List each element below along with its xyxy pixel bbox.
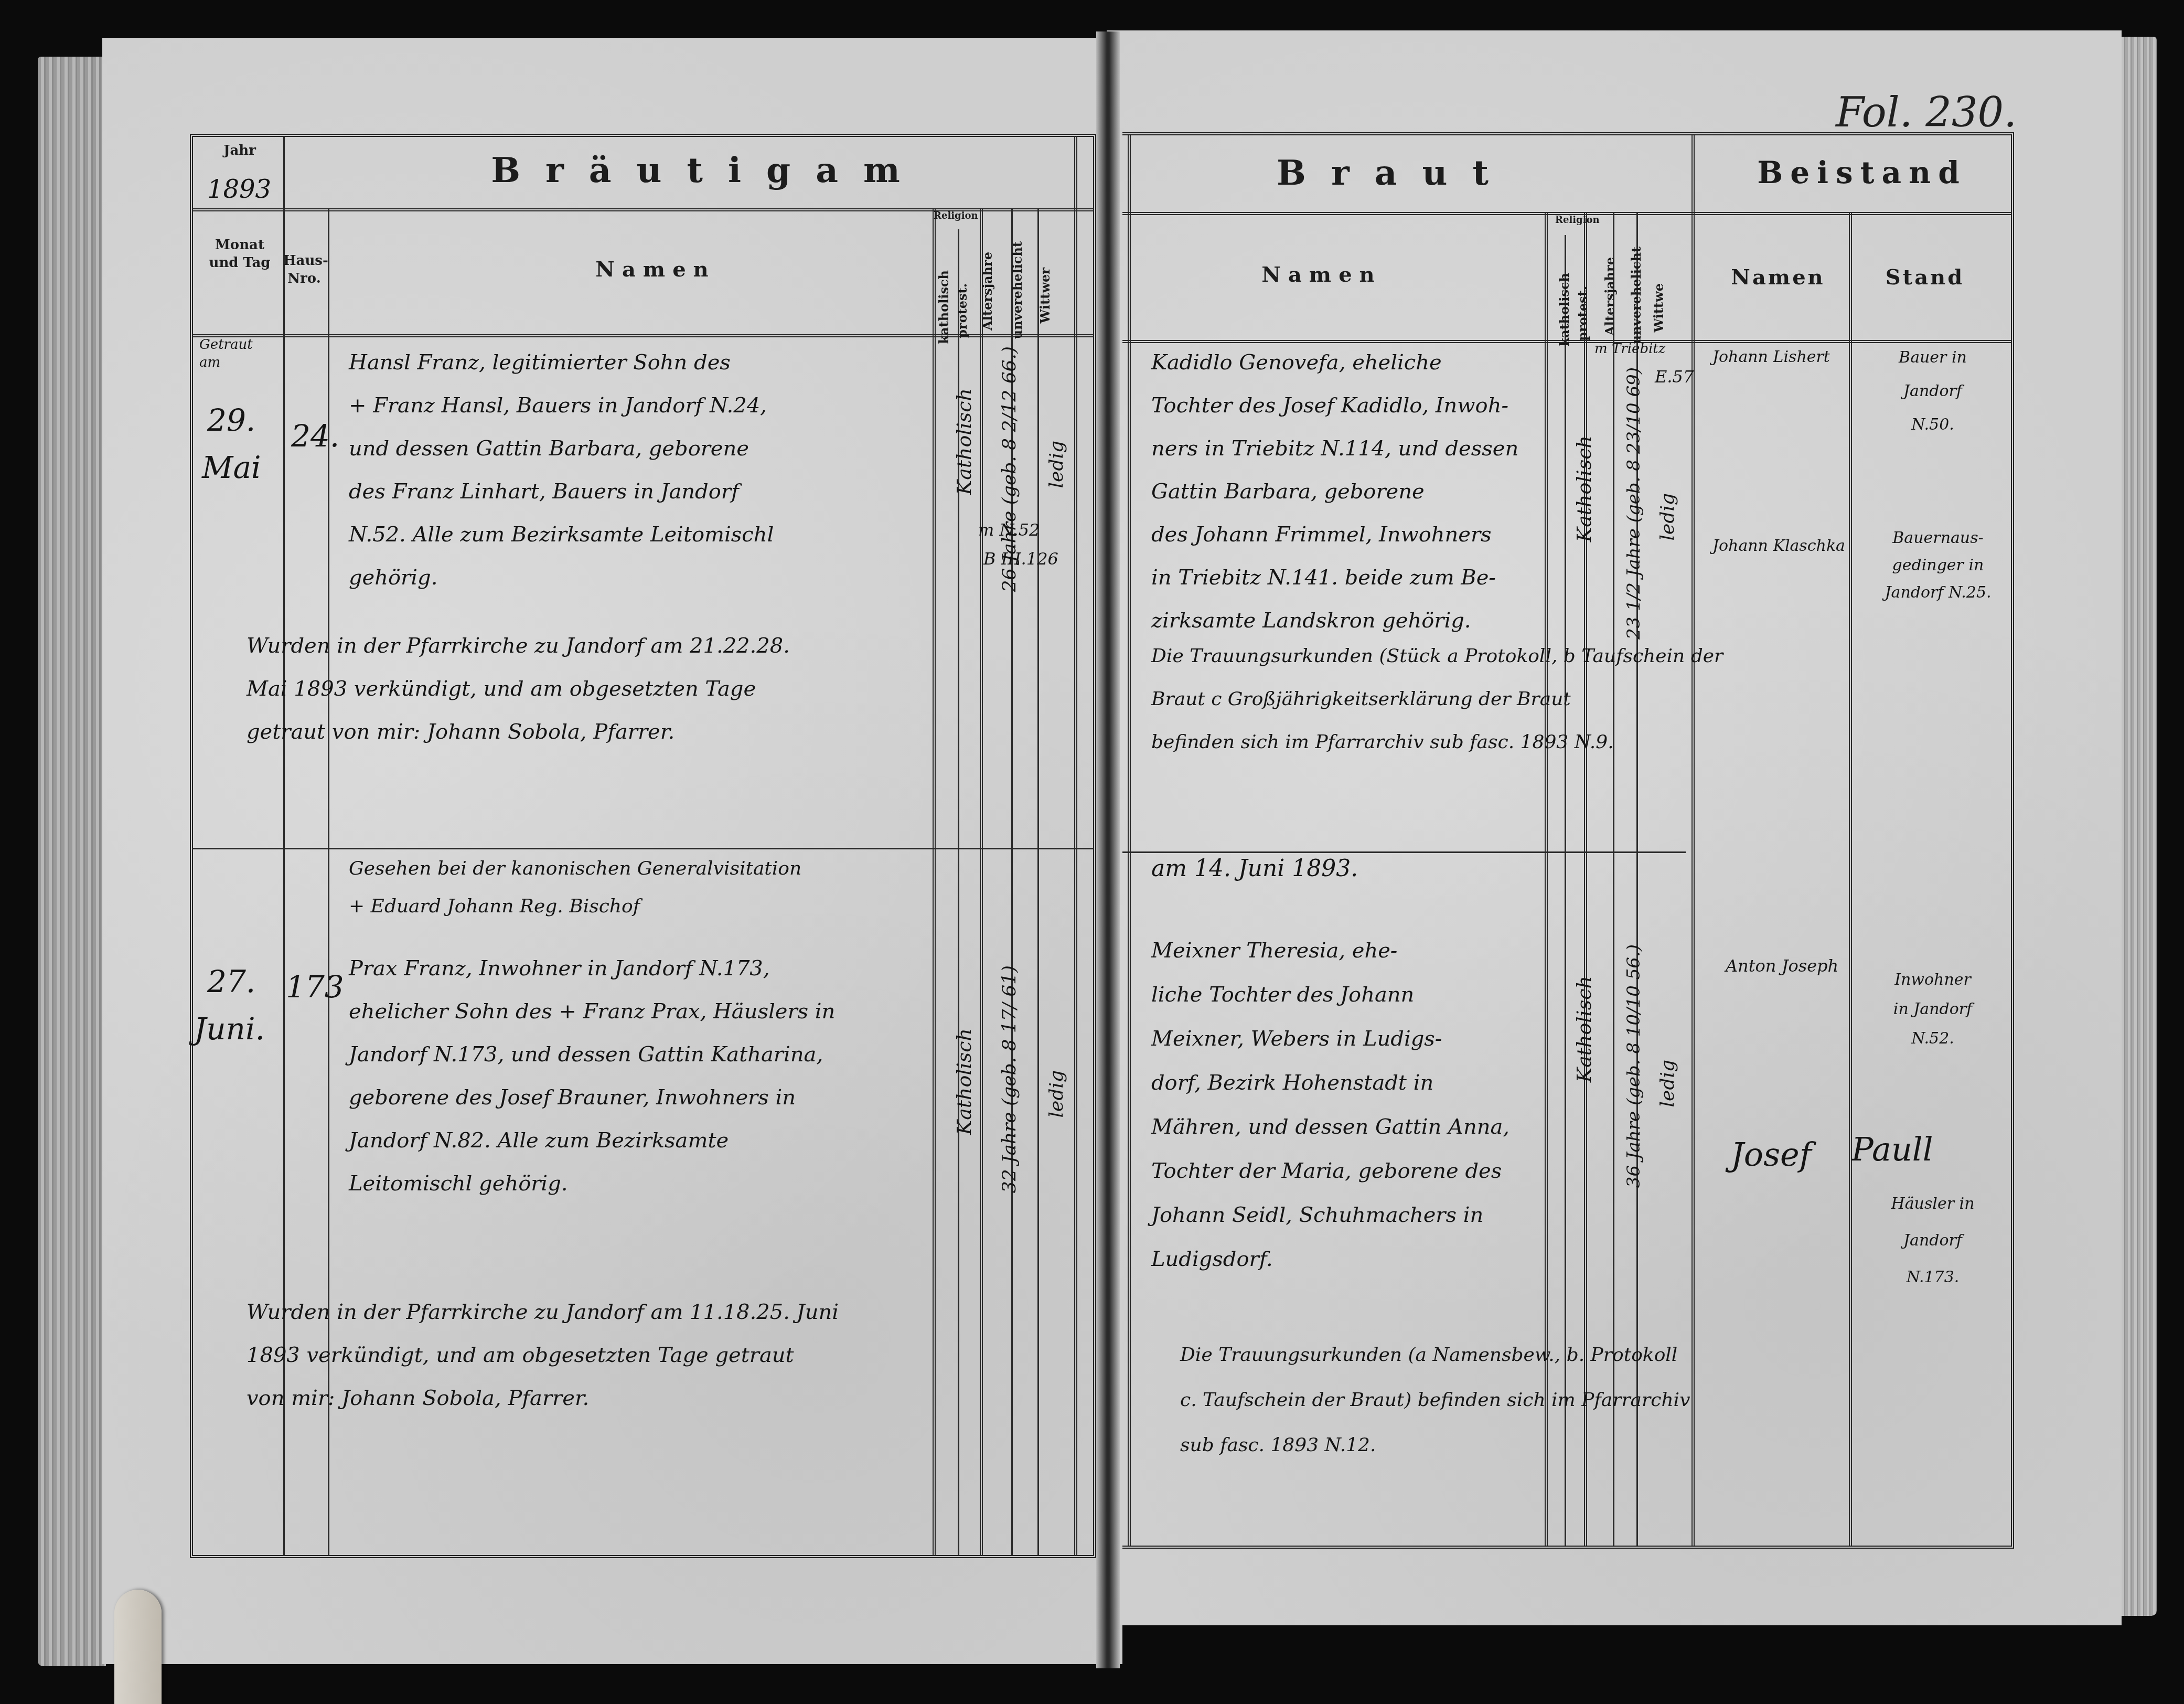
bride-widow-header: Wittwe bbox=[1651, 283, 1666, 333]
entry-2-groom-text: Prax Franz, Inwohner in Jandorf N.173, e… bbox=[349, 947, 1004, 1205]
bride-unmarried-header: unverehelicht bbox=[1629, 247, 1644, 344]
entry-1-bride-status: ledig bbox=[1652, 493, 1684, 540]
groom-catholic-header: katholisch bbox=[936, 270, 951, 344]
groom-names-header: Namen bbox=[524, 257, 787, 282]
house-no-header: Haus-Nro. bbox=[283, 252, 325, 287]
entry-1-banns: Wurden in der Pfarrkirche zu Jandorf am … bbox=[247, 624, 1002, 753]
entry-2-day: 27. bbox=[207, 960, 255, 1003]
entry-1-groom-text: Hansl Franz, legitimierter Sohn des + Fr… bbox=[349, 341, 999, 599]
entry-1-bride-note-side: E.57 bbox=[1655, 367, 1694, 386]
bride-names-header: Namen bbox=[1206, 262, 1437, 287]
entry-1-groom-religion: Katholisch bbox=[948, 388, 980, 495]
entry-1-bride-religion: Katholisch bbox=[1568, 435, 1600, 542]
entry-2-month: Juni. bbox=[194, 1007, 265, 1050]
entry-2-groom-age: 32 Jahre (geb. 8 17/ 61) bbox=[994, 965, 1025, 1193]
month-day-header: Monat und Tag bbox=[200, 236, 279, 272]
entry-2-documents-note: Die Trauungsurkunden (a Namensbew., b. P… bbox=[1180, 1333, 1820, 1468]
groom-unmarried-header: unverehelicht bbox=[1010, 241, 1025, 339]
entry-2-witness-2-name: Josef bbox=[1731, 1133, 1812, 1176]
groom-religion-header: Religion bbox=[934, 210, 965, 222]
witness-status-header: Stand bbox=[1857, 265, 1993, 290]
bride-age-header: Altersjahre bbox=[1602, 257, 1618, 336]
groom-age-header: Altersjahre bbox=[980, 252, 995, 331]
witness-names-header: Namen bbox=[1710, 265, 1846, 290]
entry-2-witness-3-status: Häusler in Jandorf N.173. bbox=[1859, 1186, 2006, 1296]
entry-2-witness-1-name: Anton Joseph bbox=[1726, 944, 1838, 987]
entry-1-witness-1-name: Johann Lishert bbox=[1712, 336, 1830, 379]
entry-2-bride-text: Meixner Theresia, ehe- liche Tochter des… bbox=[1151, 929, 1571, 1281]
married-label: Getraut am bbox=[199, 336, 278, 371]
entry-2-bride-religion: Katholisch bbox=[1568, 976, 1600, 1082]
entry-1-groom-status: ledig bbox=[1041, 441, 1073, 488]
entry-1-documents-note: Die Trauungsurkunden (Stück a Protokoll,… bbox=[1151, 635, 2022, 764]
bride-protestant-header: protest. bbox=[1575, 286, 1590, 341]
entry-1-month: Mai bbox=[202, 446, 261, 489]
wooden-bookmark bbox=[114, 1590, 162, 1704]
entry-2-witness-1-status: Inwohner in Jandorf N.52. bbox=[1859, 965, 2006, 1053]
entry-2-bride-age: 36 Jahre (geb. 8 10/10 56.) bbox=[1618, 944, 1650, 1188]
entry-1-bride-text: Kadidlo Genovefa, eheliche Tochter des J… bbox=[1151, 341, 1571, 642]
year-label: Jahr bbox=[200, 142, 279, 159]
entry-1-bride-age: 23 1/2 Jahre (geb. 8 23/10 69) bbox=[1618, 367, 1650, 640]
entry-2-groom-religion: Katholisch bbox=[948, 1028, 980, 1135]
groom-section-title: Bräutigam bbox=[472, 150, 944, 190]
bride-religion-header: Religion bbox=[1555, 214, 1587, 227]
right-page-edges bbox=[2119, 37, 2157, 1616]
folio-number: Fol. 230. bbox=[1836, 89, 2017, 136]
book-spine-gutter bbox=[1096, 31, 1120, 1668]
left-page-edges bbox=[38, 57, 106, 1666]
entry-1-witness-2-name: Johann Klaschka bbox=[1712, 525, 1845, 568]
entry-2-bride-date: am 14. Juni 1893. bbox=[1151, 847, 1358, 890]
entry-2-banns: Wurden in der Pfarrkirche zu Jandorf am … bbox=[247, 1291, 1012, 1420]
entry-1-groom-note-1: m N.52 bbox=[978, 519, 1040, 540]
groom-protestant-header: protest. bbox=[955, 283, 970, 338]
witness-section-title: Beistand bbox=[1726, 155, 1998, 190]
entry-1-groom-note-2: B III.126 bbox=[983, 548, 1058, 569]
bride-catholic-header: katholisch bbox=[1557, 273, 1572, 347]
entry-1-day: 29. bbox=[207, 399, 255, 442]
entry-2-groom-status: ledig bbox=[1041, 1070, 1073, 1117]
entry-2-witness-3-name: Paull bbox=[1851, 1128, 1933, 1171]
bride-section-title: Braut bbox=[1259, 152, 1532, 193]
entry-1-witness-2-status: Bauernaus- gedinger in Jandorf N.25. bbox=[1859, 525, 2017, 606]
entry-1-witness-1-status: Bauer in Jandorf N.50. bbox=[1859, 341, 2006, 442]
entry-2-bride-status: ledig bbox=[1652, 1060, 1684, 1107]
entry-2-dispensation: Gesehen bei der kanonischen Generalvisit… bbox=[349, 850, 1004, 925]
entry-2-house-no: 173 bbox=[286, 965, 344, 1008]
entry-1-bride-note-top: m Triebitz bbox=[1594, 341, 1666, 357]
year-value: 1893 bbox=[207, 168, 271, 211]
groom-widower-header: Wittwer bbox=[1037, 268, 1053, 323]
entry-1-house-no: 24. bbox=[291, 414, 339, 457]
